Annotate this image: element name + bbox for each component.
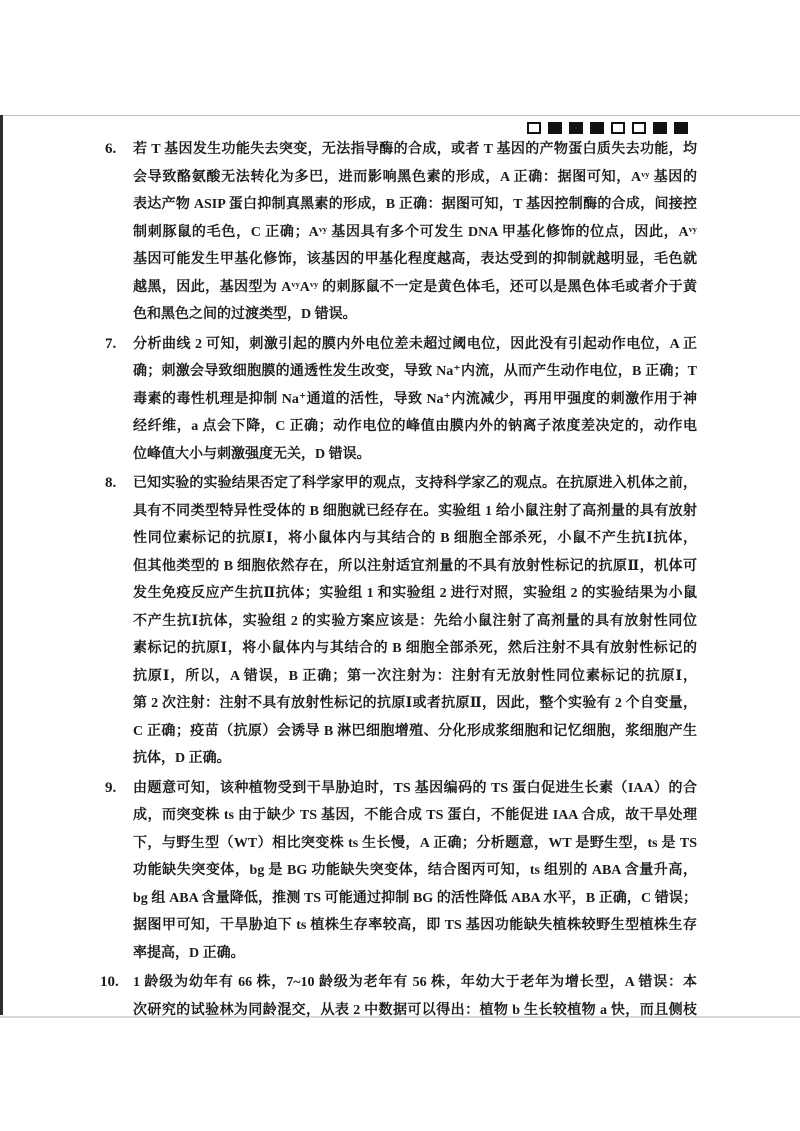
answer-line: 经纤维，a 点会下降，C 正确；动作电位的峰值由膜内外的钠离子浓度差决定的，动作… [133, 413, 697, 441]
answer-text: 已知实验的实验结果否定了科学家甲的观点，支持科学家乙的观点。在抗原进入机体之前，… [133, 470, 697, 773]
answer-line: 素标记的抗原Ⅰ，将小鼠体内与其结合的 B 细胞全部杀死，然后注射不具有放射性标记… [133, 635, 697, 663]
answer-item-8: 8.已知实验的实验结果否定了科学家甲的观点，支持科学家乙的观点。在抗原进入机体之… [100, 470, 697, 773]
answer-line: 下，与野生型（WT）相比突变株 ts 生长慢，A 正确；分析题意，WT 是野生型… [133, 830, 697, 858]
answer-line: 毒素的毒性机理是抑制 Na⁺通道的活性，导致 Na⁺内流减少，再用甲强度的刺激作… [133, 386, 697, 414]
answer-line: 确；刺激会导致细胞膜的通透性发生改变，导致 Na⁺内流，从而产生动作电位，B 正… [133, 358, 697, 386]
answer-line: 表达产物 ASIP 蛋白抑制真黑素的形成，B 正确：据图可知，T 基因控制酶的合… [133, 191, 697, 219]
answer-line: 次研究的试验林为同龄混交，从表 2 中数据可以得出：植物 b 生长较植物 a 快… [133, 997, 697, 1025]
answer-line: 性同位素标记的抗原Ⅰ，将小鼠体内与其结合的 B 细胞全部杀死，小鼠不产生抗Ⅰ抗体… [133, 525, 697, 553]
answer-line: 1 龄级为幼年有 66 株，7~10 龄级为老年有 56 株，年幼大于老年为增长… [133, 969, 697, 997]
answer-line: 制刺豚鼠的毛色，C 正确；Aᵛʸ 基因具有多个可发生 DNA 甲基化修饰的位点，… [133, 219, 697, 247]
answer-item-10: 10.1 龄级为幼年有 66 株，7~10 龄级为老年有 56 株，年幼大于老年… [100, 969, 697, 1024]
answer-item-6: 6.若 T 基因发生功能失去突变，无法指导酶的合成，或者 T 基因的产物蛋白质失… [100, 136, 697, 329]
answer-line: 色和黑色之间的过渡类型，D 错误。 [133, 301, 697, 329]
answer-text: 分析曲线 2 可知，刺激引起的膜内外电位差未超过阈电位，因此没有引起动作电位，A… [133, 331, 697, 469]
registration-mark-outline-square [527, 122, 541, 134]
answer-line: C 正确；疫苗（抗原）会诱导 B 淋巴细胞增殖、分化形成浆细胞和记忆细胞，浆细胞… [133, 718, 697, 746]
answer-number: 7. [100, 331, 133, 469]
answer-line: 第 2 次注射：注射不具有放射性标记的抗原Ⅰ或者抗原Ⅱ，因此，整个实验有 2 个… [133, 690, 697, 718]
answer-text: 由题意可知，该种植物受到干旱胁迫时，TS 基因编码的 TS 蛋白促进生长素（IA… [133, 775, 697, 968]
answer-line: 抗原Ⅰ，所以，A 错误，B 正确；第一次注射为：注射有无放射性同位素标记的抗原Ⅰ… [133, 663, 697, 691]
answer-line: 分析曲线 2 可知，刺激引起的膜内外电位差未超过阈电位，因此没有引起动作电位，A… [133, 331, 697, 359]
registration-mark-filled-square [569, 122, 583, 134]
answer-line: 率提高，D 正确。 [133, 940, 697, 968]
answer-line: 会导致酪氨酸无法转化为多巴，进而影响黑色素的形成，A 正确：据图可知，Aᵛʸ 基… [133, 164, 697, 192]
answer-line: 成，而突变株 ts 由于缺少 TS 基因，不能合成 TS 蛋白，不能促进 IAA… [133, 802, 697, 830]
answer-number: 6. [100, 136, 133, 329]
answer-line: 已知实验的实验结果否定了科学家甲的观点，支持科学家乙的观点。在抗原进入机体之前， [133, 470, 697, 498]
registration-mark-filled-square [653, 122, 667, 134]
answer-line: 功能缺失突变体，bg 是 BG 功能缺失突变体，结合图丙可知，ts 组别的 AB… [133, 857, 697, 885]
answer-line: 据图甲可知，干旱胁迫下 ts 植株生存率较高，即 TS 基因功能缺失植株较野生型… [133, 912, 697, 940]
registration-mark-filled-square [674, 122, 688, 134]
answer-line: 基因可能发生甲基化修饰，该基因的甲基化程度越高，表达受到的抑制就越明显，毛色就 [133, 246, 697, 274]
registration-mark-outline-square [611, 122, 625, 134]
registration-mark-outline-square [632, 122, 646, 134]
answer-text: 若 T 基因发生功能失去突变，无法指导酶的合成，或者 T 基因的产物蛋白质失去功… [133, 136, 697, 329]
answer-line: 但其他类型的 B 细胞依然存在，所以注射适宜剂量的不具有放射性标记的抗原Ⅱ，机体… [133, 553, 697, 581]
answer-line: 发生免疫反应产生抗Ⅱ抗体；实验组 1 和实验组 2 进行对照，实验组 2 的实验… [133, 580, 697, 608]
answer-line: 位峰值大小与刺激强度无关，D 错误。 [133, 441, 697, 469]
scan-left-edge-line [0, 115, 3, 1015]
answer-number: 8. [100, 470, 133, 773]
answer-line: 若 T 基因发生功能失去突变，无法指导酶的合成，或者 T 基因的产物蛋白质失去功… [133, 136, 697, 164]
answer-number: 10. [100, 969, 133, 1024]
print-registration-marks [527, 122, 688, 134]
registration-mark-filled-square [590, 122, 604, 134]
answer-item-9: 9.由题意可知，该种植物受到干旱胁迫时，TS 基因编码的 TS 蛋白促进生长素（… [100, 775, 697, 968]
answer-line: 不产生抗Ⅰ抗体，实验组 2 的实验方案应该是：先给小鼠注射了高剂量的具有放射性同… [133, 608, 697, 636]
scan-top-edge-line [0, 115, 800, 116]
scanned-answer-page: 6.若 T 基因发生功能失去突变，无法指导酶的合成，或者 T 基因的产物蛋白质失… [0, 0, 800, 1131]
registration-mark-filled-square [548, 122, 562, 134]
answer-line: 越黑，因此，基因型为 AᵛʸAᵛʸ 的刺豚鼠不一定是黄色体毛，还可以是黑色体毛或… [133, 274, 697, 302]
answer-line: bg 组 ABA 含量降低，推测 TS 可能通过抑制 BG 的活性降低 ABA … [133, 885, 697, 913]
answer-number: 9. [100, 775, 133, 968]
answer-line: 具有不同类型特异性受体的 B 细胞就已经存在。实验组 1 给小鼠注射了高剂量的具… [133, 498, 697, 526]
answer-line: 抗体，D 正确。 [133, 745, 697, 773]
answer-text: 1 龄级为幼年有 66 株，7~10 龄级为老年有 56 株，年幼大于老年为增长… [133, 969, 697, 1024]
answer-line: 由题意可知，该种植物受到干旱胁迫时，TS 基因编码的 TS 蛋白促进生长素（IA… [133, 775, 697, 803]
answer-item-7: 7.分析曲线 2 可知，刺激引起的膜内外电位差未超过阈电位，因此没有引起动作电位… [100, 331, 697, 469]
answer-list: 6.若 T 基因发生功能失去突变，无法指导酶的合成，或者 T 基因的产物蛋白质失… [100, 136, 697, 1026]
